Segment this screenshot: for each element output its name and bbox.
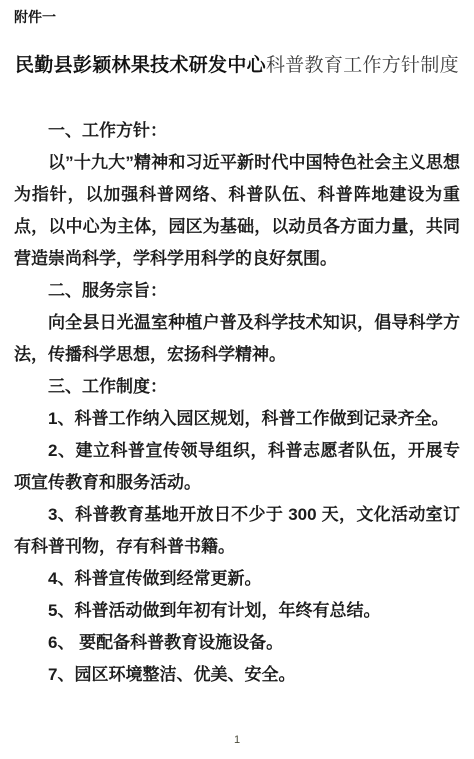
document-title: 民勤县彭颖林果技术研发中心科普教育工作方针制度 <box>14 52 460 79</box>
numbered-item-4: 4、科普宣传做到经常更新。 <box>14 563 460 595</box>
title-org-part: 民勤县彭颖林果技术研发中心 <box>15 55 266 76</box>
numbered-item-6: 6、 要配备科普教育设施设备。 <box>14 627 460 659</box>
section-heading-work-rules: 三、工作制度： <box>14 371 460 403</box>
numbered-item-1: 1、科普工作纳入园区规划，科普工作做到记录齐全。 <box>14 403 460 435</box>
page-number: 1 <box>0 734 474 746</box>
numbered-item-7: 7、园区环境整洁、优美、安全。 <box>14 659 460 691</box>
document-body: 一、工作方针： 以”十九大”精神和习近平新时代中国特色社会主义思想为指针，以加强… <box>14 115 460 691</box>
title-subject-part: 科普教育工作方针制度 <box>266 55 459 76</box>
numbered-item-3: 3、科普教育基地开放日不少于 300 天，文化活动室订有科普刊物，存有科普书籍。 <box>14 499 460 563</box>
work-policy-paragraph: 以”十九大”精神和习近平新时代中国特色社会主义思想为指针，以加强科普网络、科普队… <box>14 147 460 275</box>
section-heading-work-policy: 一、工作方针： <box>14 115 460 147</box>
document-page: 附件一 民勤县彭颖林果技术研发中心科普教育工作方针制度 一、工作方针： 以”十九… <box>0 0 474 759</box>
numbered-item-5: 5、科普活动做到年初有计划，年终有总结。 <box>14 595 460 627</box>
service-aim-paragraph: 向全县日光温室种植户普及科学技术知识，倡导科学方法，传播科学思想，宏扬科学精神。 <box>14 307 460 371</box>
section-heading-service-aim: 二、服务宗旨： <box>14 275 460 307</box>
attachment-label: 附件一 <box>0 0 474 26</box>
numbered-item-2: 2、建立科普宣传领导组织，科普志愿者队伍，开展专项宣传教育和服务活动。 <box>14 435 460 499</box>
